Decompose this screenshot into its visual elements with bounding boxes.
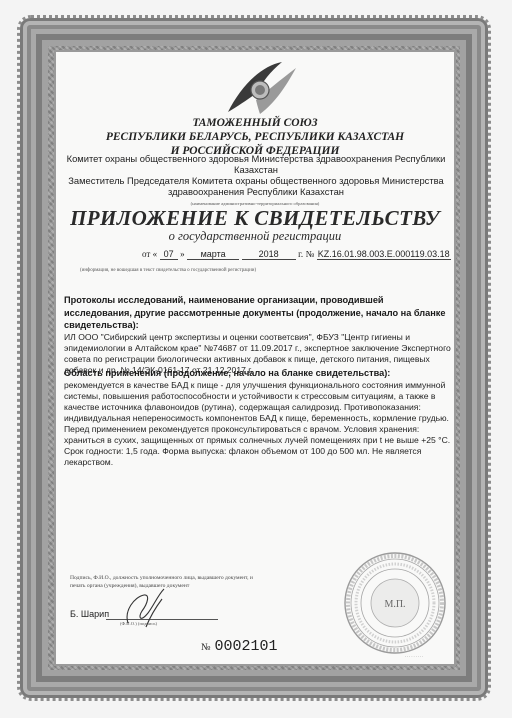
document-title: ПРИЛОЖЕНИЕ К СВИДЕТЕЛЬСТВУ <box>56 206 454 231</box>
signer-name: Б. Шарип <box>70 609 109 619</box>
certificate-number: KZ.16.01.98.003.E.000119.03.18 <box>317 249 451 260</box>
printer-mark: · · · · · · · · · <box>405 655 423 659</box>
serial-label: № <box>201 642 211 653</box>
date-close-quote: » <box>180 249 185 259</box>
committee-line: Заместитель Председателя Комитета охраны… <box>46 175 466 186</box>
union-line: ТАМОЖЕННЫЙ СОЮЗ <box>56 116 454 130</box>
form-serial-number: №0002101 <box>201 638 278 655</box>
union-line: РЕСПУБЛИКИ БЕЛАРУСЬ, РЕСПУБЛИКИ КАЗАХСТА… <box>56 130 454 144</box>
customs-union-logo-icon <box>220 58 300 116</box>
scope-heading: Область применения (продолжение, начало … <box>64 367 452 380</box>
date-year-suffix: г. <box>298 249 303 259</box>
customs-union-heading: ТАМОЖЕННЫЙ СОЮЗ РЕСПУБЛИКИ БЕЛАРУСЬ, РЕС… <box>56 116 454 158</box>
document-subtitle: о государственной регистрации <box>56 229 454 244</box>
protocols-heading: Протоколы исследований, наименование орг… <box>64 294 452 332</box>
date-year: 2018 <box>242 249 296 260</box>
committee-line: Комитет охраны общественного здоровья Ми… <box>46 153 466 175</box>
number-label: № <box>306 249 315 259</box>
info-caption: (информация, не вошедшая в текст свидете… <box>80 268 440 273</box>
date-from-label: от « <box>142 249 157 259</box>
protocols-section: Протоколы исследований, наименование орг… <box>64 294 452 376</box>
issuing-authority: Комитет охраны общественного здоровья Ми… <box>46 153 466 197</box>
official-stamp-icon: М.П. <box>340 548 450 658</box>
date-number-line: от « 07 » марта 2018 г. № KZ.16.01.98.00… <box>142 249 451 260</box>
committee-line: здравоохранения Республики Казахстан <box>46 186 466 197</box>
scope-section: Область применения (продолжение, начало … <box>64 367 452 468</box>
date-month: марта <box>187 249 239 260</box>
scope-text: рекомендуется в качестве БАД к пище - дл… <box>64 380 452 468</box>
handwritten-signature-icon <box>120 583 170 631</box>
stamp-mp-text: М.П. <box>384 599 405 610</box>
date-day: 07 <box>160 249 178 260</box>
serial-value: 0002101 <box>215 638 278 655</box>
